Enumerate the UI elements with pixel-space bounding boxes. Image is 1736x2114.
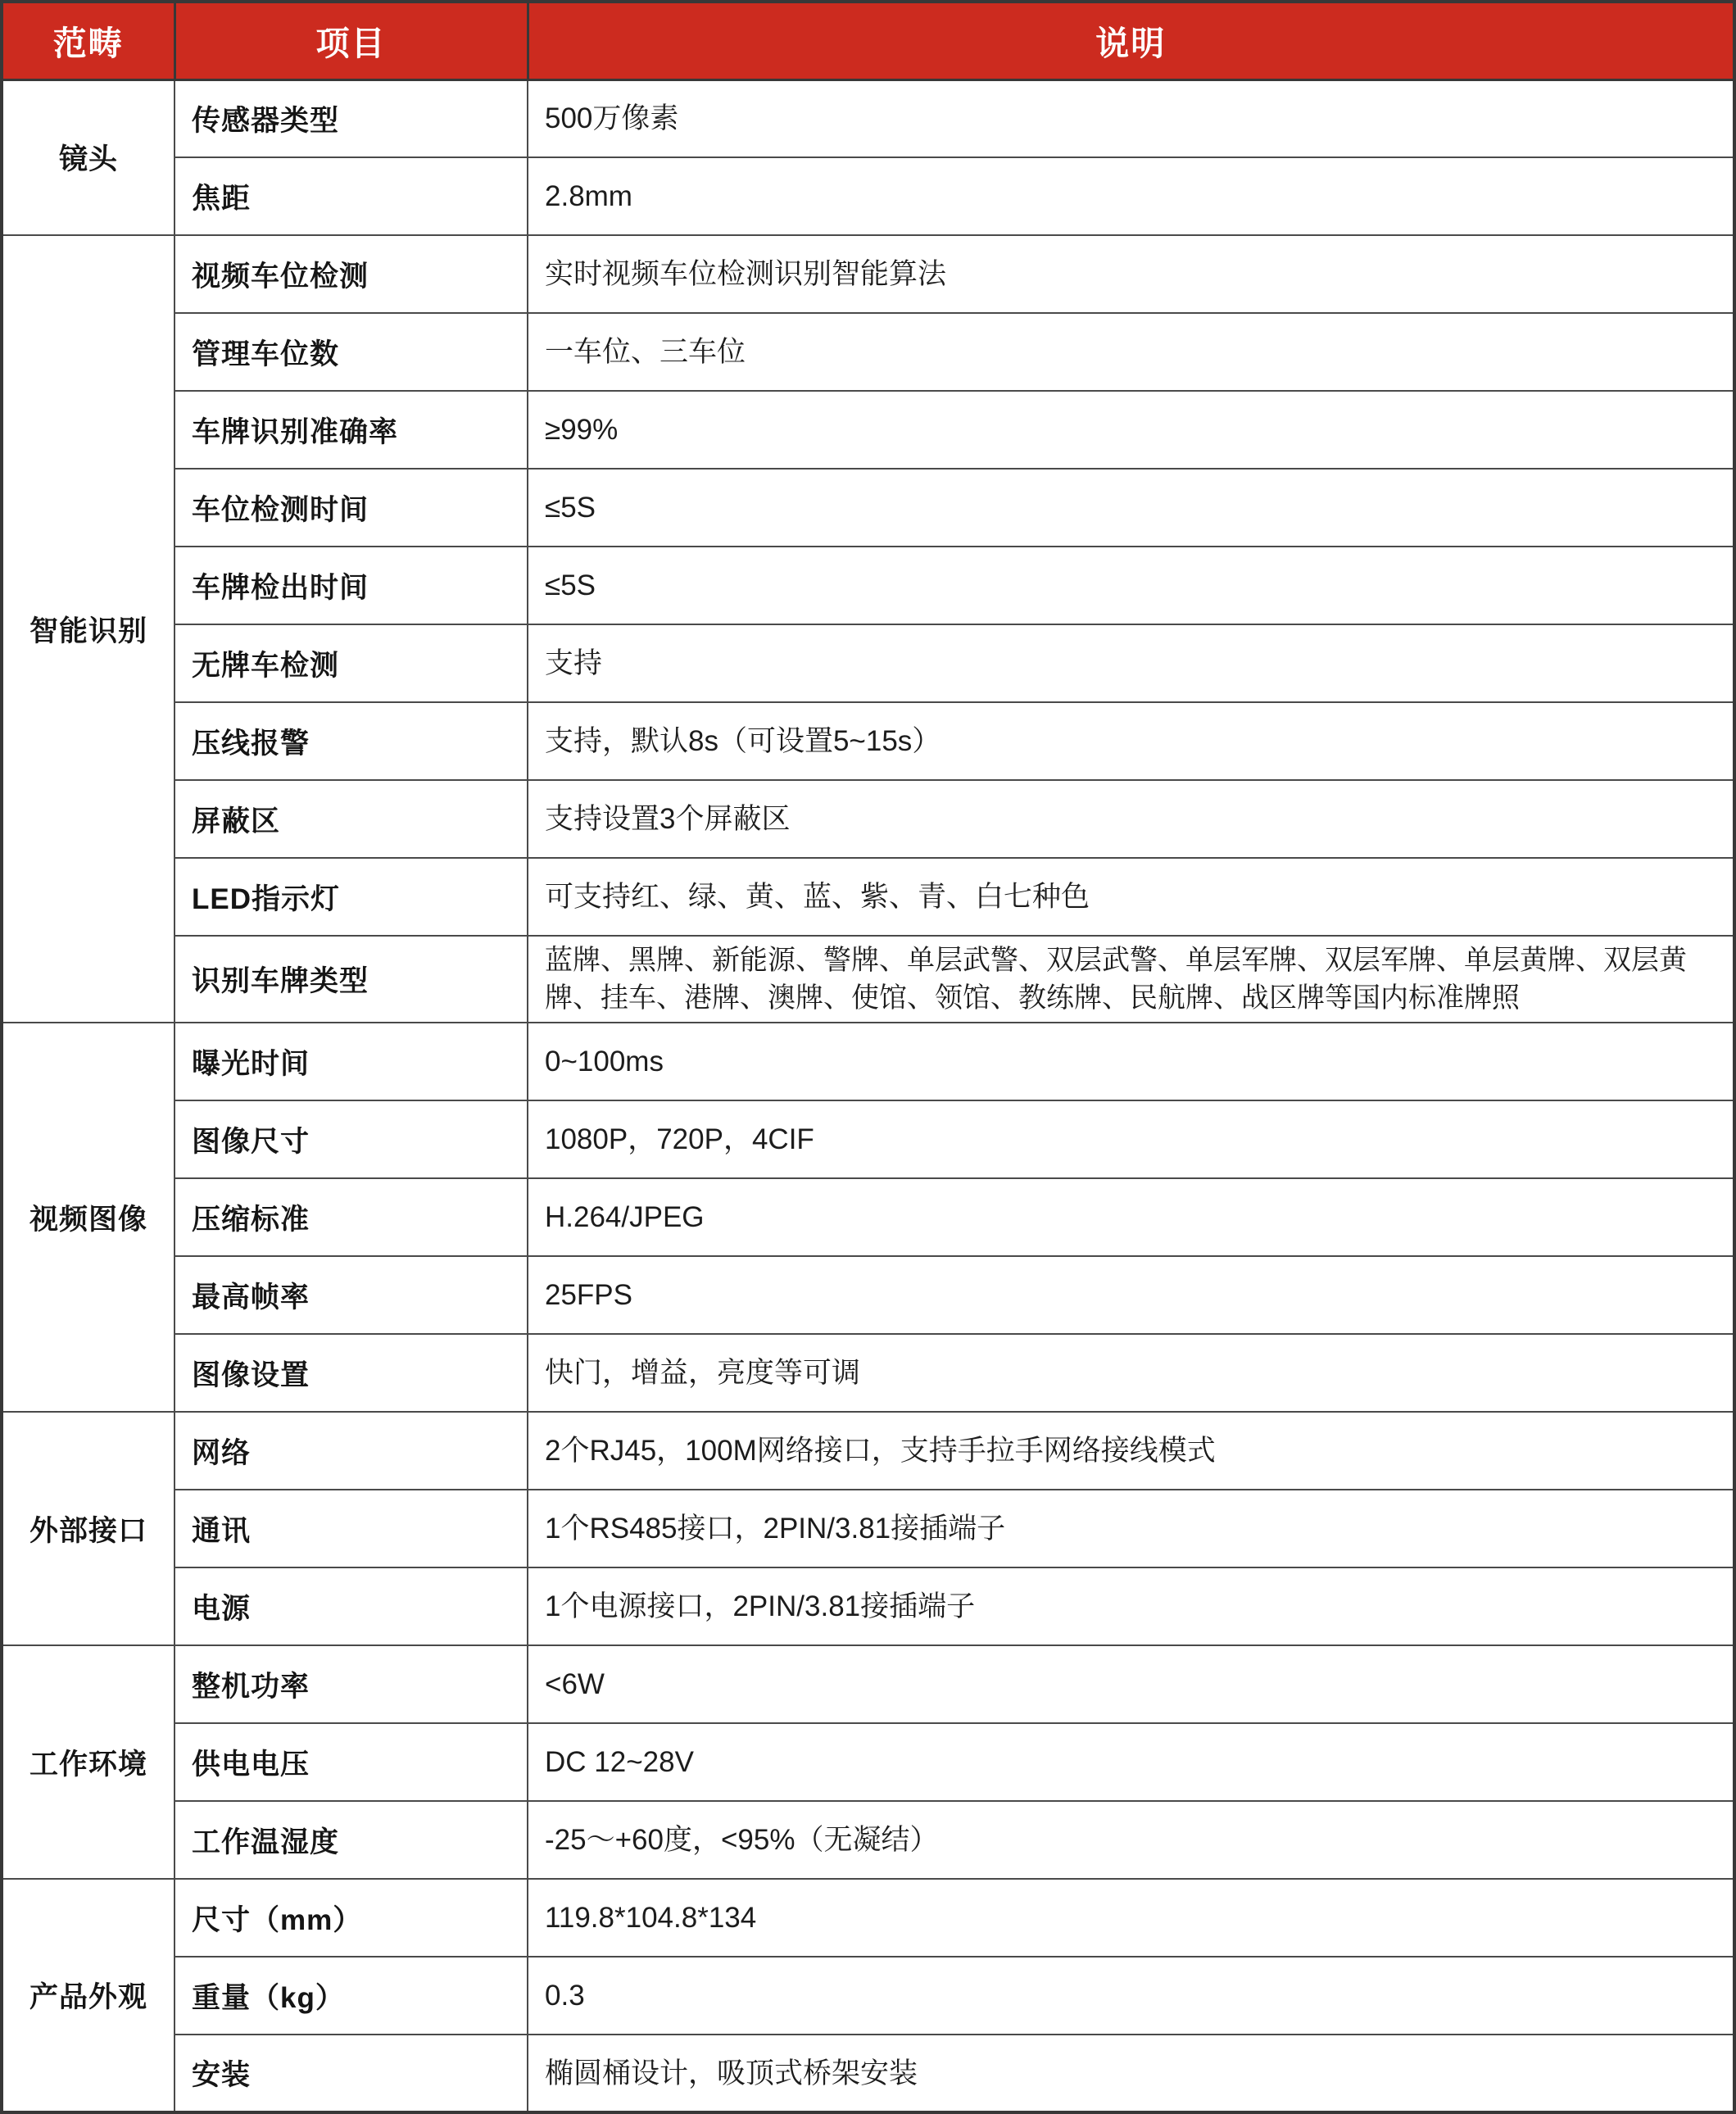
description-cell: 0~100ms — [528, 1023, 1734, 1100]
item-cell: 焦距 — [175, 157, 528, 235]
table-row: 识别车牌类型蓝牌、黑牌、新能源、警牌、单层武警、双层武警、单层军牌、双层军牌、单… — [2, 936, 1734, 1023]
description-cell: 1个RS485接口，2PIN/3.81接插端子 — [528, 1490, 1734, 1567]
table-row: 管理车位数一车位、三车位 — [2, 313, 1734, 391]
item-cell: 压线报警 — [175, 702, 528, 780]
description-cell: -25～+60度，<95%（无凝结） — [528, 1801, 1734, 1879]
description-cell: 支持 — [528, 624, 1734, 702]
item-cell: 传感器类型 — [175, 79, 528, 157]
table-row: 车牌检出时间≤5S — [2, 547, 1734, 624]
description-cell: 25FPS — [528, 1256, 1734, 1334]
item-cell: 安装 — [175, 2035, 528, 2112]
description-cell: 椭圆桶设计，吸顶式桥架安装 — [528, 2035, 1734, 2112]
table-row: 车牌识别准确率≥99% — [2, 391, 1734, 469]
item-cell: 图像尺寸 — [175, 1100, 528, 1178]
table-row: 电源1个电源接口，2PIN/3.81接插端子 — [2, 1567, 1734, 1645]
item-cell: 管理车位数 — [175, 313, 528, 391]
item-cell: 尺寸（mm） — [175, 1879, 528, 1957]
item-cell: 供电电压 — [175, 1723, 528, 1801]
header-row: 范畴 项目 说明 — [2, 2, 1734, 79]
description-cell: ≤5S — [528, 547, 1734, 624]
description-cell: 快门，增益，亮度等可调 — [528, 1334, 1734, 1412]
category-cell: 产品外观 — [2, 1879, 175, 2112]
table-row: LED指示灯可支持红、绿、黄、蓝、紫、青、白七种色 — [2, 858, 1734, 936]
category-cell: 视频图像 — [2, 1023, 175, 1412]
category-cell: 工作环境 — [2, 1645, 175, 1879]
description-cell: 1080P，720P，4CIF — [528, 1100, 1734, 1178]
item-cell: 通讯 — [175, 1490, 528, 1567]
item-cell: 曝光时间 — [175, 1023, 528, 1100]
spec-table: 范畴 项目 说明 镜头传感器类型500万像素焦距2.8mm智能识别视频车位检测实… — [0, 0, 1736, 2114]
category-cell: 镜头 — [2, 79, 175, 235]
header-description: 说明 — [528, 2, 1734, 79]
table-row: 工作温湿度-25～+60度，<95%（无凝结） — [2, 1801, 1734, 1879]
table-row: 通讯1个RS485接口，2PIN/3.81接插端子 — [2, 1490, 1734, 1567]
item-cell: 识别车牌类型 — [175, 936, 528, 1023]
spec-sheet: 范畴 项目 说明 镜头传感器类型500万像素焦距2.8mm智能识别视频车位检测实… — [0, 0, 1736, 2107]
table-row: 屏蔽区支持设置3个屏蔽区 — [2, 780, 1734, 858]
description-cell: 支持设置3个屏蔽区 — [528, 780, 1734, 858]
table-row: 工作环境整机功率<6W — [2, 1645, 1734, 1723]
item-cell: 车位检测时间 — [175, 469, 528, 547]
description-cell: ≤5S — [528, 469, 1734, 547]
item-cell: 车牌识别准确率 — [175, 391, 528, 469]
description-cell: 一车位、三车位 — [528, 313, 1734, 391]
item-cell: 网络 — [175, 1412, 528, 1490]
description-cell: 蓝牌、黑牌、新能源、警牌、单层武警、双层武警、单层军牌、双层军牌、单层黄牌、双层… — [528, 936, 1734, 1023]
table-row: 车位检测时间≤5S — [2, 469, 1734, 547]
table-row: 智能识别视频车位检测实时视频车位检测识别智能算法 — [2, 235, 1734, 313]
table-row: 图像尺寸1080P，720P，4CIF — [2, 1100, 1734, 1178]
description-cell: 2.8mm — [528, 157, 1734, 235]
description-cell: ≥99% — [528, 391, 1734, 469]
table-row: 压缩标准H.264/JPEG — [2, 1178, 1734, 1256]
item-cell: 整机功率 — [175, 1645, 528, 1723]
description-cell: 实时视频车位检测识别智能算法 — [528, 235, 1734, 313]
description-cell: H.264/JPEG — [528, 1178, 1734, 1256]
table-row: 无牌车检测支持 — [2, 624, 1734, 702]
table-row: 产品外观尺寸（mm）119.8*104.8*134 — [2, 1879, 1734, 1957]
table-row: 图像设置快门，增益，亮度等可调 — [2, 1334, 1734, 1412]
header-item: 项目 — [175, 2, 528, 79]
description-cell: 0.3 — [528, 1957, 1734, 2035]
table-body: 镜头传感器类型500万像素焦距2.8mm智能识别视频车位检测实时视频车位检测识别… — [2, 79, 1734, 2112]
description-cell: 1个电源接口，2PIN/3.81接插端子 — [528, 1567, 1734, 1645]
table-row: 外部接口网络2个RJ45，100M网络接口，支持手拉手网络接线模式 — [2, 1412, 1734, 1490]
item-cell: LED指示灯 — [175, 858, 528, 936]
table-row: 焦距2.8mm — [2, 157, 1734, 235]
item-cell: 工作温湿度 — [175, 1801, 528, 1879]
description-cell: 2个RJ45，100M网络接口，支持手拉手网络接线模式 — [528, 1412, 1734, 1490]
item-cell: 屏蔽区 — [175, 780, 528, 858]
item-cell: 视频车位检测 — [175, 235, 528, 313]
description-cell: 支持，默认8s（可设置5~15s） — [528, 702, 1734, 780]
table-row: 重量（kg）0.3 — [2, 1957, 1734, 2035]
description-cell: <6W — [528, 1645, 1734, 1723]
header-category: 范畴 — [2, 2, 175, 79]
description-cell: 可支持红、绿、黄、蓝、紫、青、白七种色 — [528, 858, 1734, 936]
description-cell: 500万像素 — [528, 79, 1734, 157]
category-cell: 智能识别 — [2, 235, 175, 1023]
table-row: 供电电压DC 12~28V — [2, 1723, 1734, 1801]
item-cell: 重量（kg） — [175, 1957, 528, 2035]
table-row: 安装椭圆桶设计，吸顶式桥架安装 — [2, 2035, 1734, 2112]
description-cell: DC 12~28V — [528, 1723, 1734, 1801]
table-row: 压线报警支持，默认8s（可设置5~15s） — [2, 702, 1734, 780]
item-cell: 车牌检出时间 — [175, 547, 528, 624]
table-row: 镜头传感器类型500万像素 — [2, 79, 1734, 157]
table-row: 视频图像曝光时间0~100ms — [2, 1023, 1734, 1100]
item-cell: 电源 — [175, 1567, 528, 1645]
table-header: 范畴 项目 说明 — [2, 2, 1734, 79]
description-cell: 119.8*104.8*134 — [528, 1879, 1734, 1957]
item-cell: 图像设置 — [175, 1334, 528, 1412]
table-row: 最高帧率25FPS — [2, 1256, 1734, 1334]
item-cell: 无牌车检测 — [175, 624, 528, 702]
item-cell: 最高帧率 — [175, 1256, 528, 1334]
category-cell: 外部接口 — [2, 1412, 175, 1645]
item-cell: 压缩标准 — [175, 1178, 528, 1256]
